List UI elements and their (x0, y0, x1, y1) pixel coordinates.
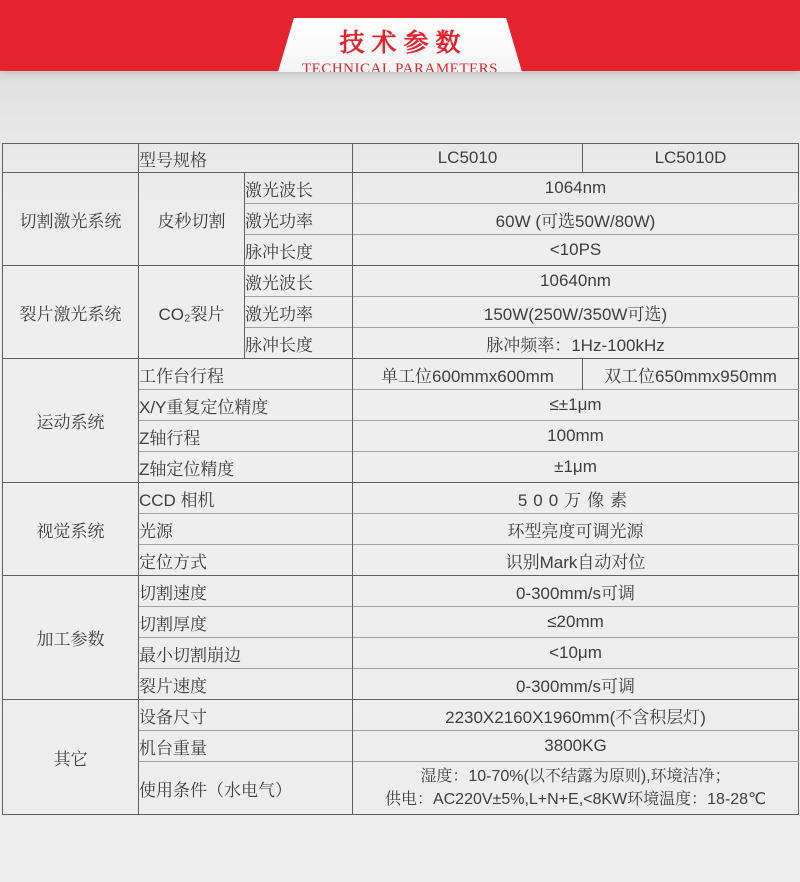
value-cell: 识别Mark自动对位 (353, 545, 799, 576)
param-name-cell: 切割速度 (139, 576, 353, 607)
value-cell: LC5010D (583, 144, 799, 173)
value-cell: ±1μm (353, 452, 799, 483)
value-cell: 脉冲频率：1Hz-100kHz (353, 328, 799, 359)
value-cell: 100mm (353, 421, 799, 452)
value-cell: 60W (可选50W/80W) (353, 204, 799, 235)
subcategory-cell: CO₂裂片 (139, 266, 245, 359)
param-name-cell: 设备尺寸 (139, 700, 353, 731)
value-cell: ≤20mm (353, 607, 799, 638)
param-name-cell: CCD 相机 (139, 483, 353, 514)
param-name-cell: 脉冲长度 (245, 235, 353, 266)
param-name-cell: 激光功率 (245, 204, 353, 235)
value-cell: 0-300mm/s可调 (353, 576, 799, 607)
param-name-cell: X/Y重复定位精度 (139, 390, 353, 421)
param-name-cell: 最小切割崩边 (139, 638, 353, 669)
param-name-cell: 激光波长 (245, 173, 353, 204)
subcategory-cell: 皮秒切割 (139, 173, 245, 266)
banner-ribbon: 技术参数 TECHNICAL PARAMETERS (278, 18, 522, 72)
param-name-cell: 使用条件（水电气） (139, 762, 353, 815)
table-row: 视觉系统CCD 相机500万像素 (3, 483, 799, 514)
param-name-cell: 脉冲长度 (245, 328, 353, 359)
category-cell: 运动系统 (3, 359, 139, 483)
spec-table-body: 型号规格LC5010LC5010D切割激光系统皮秒切割激光波长1064nm激光功… (3, 144, 799, 815)
value-cell: 2230X2160X1960mm(不含积层灯) (353, 700, 799, 731)
table-row: 其它设备尺寸2230X2160X1960mm(不含积层灯) (3, 700, 799, 731)
spec-table: 型号规格LC5010LC5010D切割激光系统皮秒切割激光波长1064nm激光功… (2, 143, 799, 815)
value-cell: <10PS (353, 235, 799, 266)
category-cell: 切割激光系统 (3, 173, 139, 266)
value-cell: ≤±1μm (353, 390, 799, 421)
value-cell: 150W(250W/350W可选) (353, 297, 799, 328)
banner: 技术参数 TECHNICAL PARAMETERS (0, 0, 800, 71)
param-name-cell: 激光功率 (245, 297, 353, 328)
param-name-cell: 型号规格 (139, 144, 353, 173)
param-name-cell: 切割厚度 (139, 607, 353, 638)
param-name-cell: 激光波长 (245, 266, 353, 297)
value-cell: 双工位650mmx950mm (583, 359, 799, 390)
value-cell: 单工位600mmx600mm (353, 359, 583, 390)
empty-cell (3, 144, 139, 173)
value-cell: <10μm (353, 638, 799, 669)
value-cell: 10640nm (353, 266, 799, 297)
table-row: 裂片激光系统CO₂裂片激光波长10640nm (3, 266, 799, 297)
value-cell: 3800KG (353, 731, 799, 762)
param-name-cell: 工作台行程 (139, 359, 353, 390)
param-name-cell: 光源 (139, 514, 353, 545)
param-name-cell: 裂片速度 (139, 669, 353, 700)
table-row: 切割激光系统皮秒切割激光波长1064nm (3, 173, 799, 204)
banner-title: 技术参数 (278, 23, 522, 59)
category-cell: 裂片激光系统 (3, 266, 139, 359)
value-cell: 环型亮度可调光源 (353, 514, 799, 545)
page-background: { "colors": { "accent_red": "#e4232e", "… (0, 0, 800, 882)
param-name-cell: Z轴行程 (139, 421, 353, 452)
value-cell: LC5010 (353, 144, 583, 173)
category-cell: 视觉系统 (3, 483, 139, 576)
table-row: 型号规格LC5010LC5010D (3, 144, 799, 173)
value-cell: 500万像素 (353, 483, 799, 514)
table-row: 运动系统工作台行程单工位600mmx600mm双工位650mmx950mm (3, 359, 799, 390)
value-cell: 1064nm (353, 173, 799, 204)
value-cell: 0-300mm/s可调 (353, 669, 799, 700)
param-name-cell: Z轴定位精度 (139, 452, 353, 483)
param-name-cell: 机台重量 (139, 731, 353, 762)
table-row: 加工参数切割速度0-300mm/s可调 (3, 576, 799, 607)
param-name-cell: 定位方式 (139, 545, 353, 576)
category-cell: 加工参数 (3, 576, 139, 700)
category-cell: 其它 (3, 700, 139, 815)
value-cell: 湿度：10-70%(以不结露为原则),环境洁净；供电：AC220V±5%,L+N… (353, 762, 799, 815)
banner-subtitle: TECHNICAL PARAMETERS (278, 61, 522, 78)
